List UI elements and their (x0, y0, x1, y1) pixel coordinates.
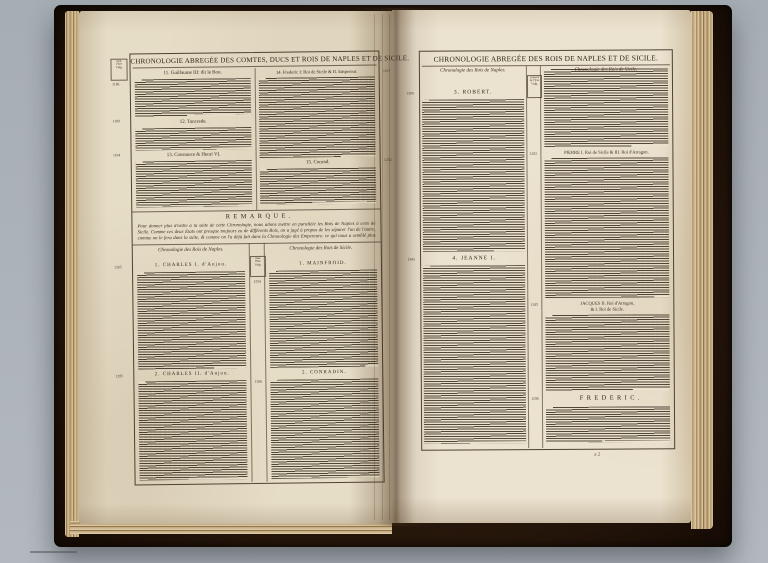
section-heading: 14. Frederic I: Roi de Sicile & II. Empe… (259, 69, 375, 75)
section-heading: 2. CHARLES II. d'Anjou. (138, 371, 246, 377)
margin-year: 1285 (112, 375, 127, 379)
gutter-crease (389, 14, 390, 520)
book-photo: CHRONOLOGIE ABREGÉE DES COMTES, DUCS ET … (0, 0, 768, 563)
section-heading: FREDERIC. (546, 394, 673, 402)
watermark-line (30, 551, 77, 553)
era-box-label: Ann. l'Ere Vulg. (111, 60, 126, 70)
section-heading: 13. Constance & Henri VI. (136, 152, 252, 158)
text-paragraph (422, 99, 525, 252)
era-box-label: Ann. l'Ere Vulg. (250, 257, 264, 267)
section-heading: JACQUES II. Roi d'Arragon, (545, 300, 669, 306)
margin-year: 1166 (108, 83, 123, 87)
margin-year: 1309 (403, 92, 418, 96)
strip-year: 1254 (249, 280, 264, 284)
text-paragraph (546, 406, 670, 443)
text-paragraph (259, 77, 376, 158)
section-heading: 12. Tancrede. (135, 119, 251, 125)
strip-year: 1296 (527, 397, 542, 401)
strip-year: 1282 (526, 152, 541, 156)
page-edges-left (65, 11, 79, 537)
text-paragraph (423, 265, 526, 444)
text-paragraph (137, 271, 246, 369)
section-heading: & I. Roi de Sicile. (545, 306, 669, 312)
era-box-line: Vulg. (112, 66, 127, 69)
era-box-line: Vulg. (527, 82, 540, 85)
text-paragraph (544, 157, 669, 298)
column-divider (255, 68, 258, 210)
gutter-crease (374, 14, 375, 520)
era-box-line: Vulg. (250, 263, 264, 266)
margin-year: 1189 (109, 120, 124, 124)
margin-year: 1343 (404, 258, 419, 262)
column-head-naples: Chronologie des Rois de Naples. (420, 68, 526, 74)
gutter-crease (382, 14, 383, 520)
text-paragraph (135, 78, 251, 117)
page-edges-right (691, 11, 713, 529)
text-paragraph (270, 379, 379, 479)
left-text-block: CHRONOLOGIE ABREGÉE DES COMTES, DUCS ET … (129, 50, 384, 485)
margin-year: 1265 (111, 266, 126, 270)
section-heading: 15. Conrad. (260, 160, 376, 166)
section-heading: 1. CHARLES I. d'Anjou. (137, 262, 245, 268)
strip-rule (526, 66, 529, 448)
era-box-label: Années de l'Ere Vulg. (527, 76, 540, 86)
right-page-title: CHRONOLOGIE ABREGÉE DES ROIS DE NAPLES E… (420, 53, 672, 64)
remark-paragraph: Pour donner plus d'ordre à la suite de c… (137, 222, 375, 243)
rule (133, 241, 381, 245)
era-box: Ann. l'Ere Vulg. (249, 256, 265, 277)
strip-rule (249, 243, 253, 482)
strip-year: 1285 (527, 303, 542, 307)
era-box: Années de l'Ere Vulg. (526, 75, 541, 98)
text-paragraph (138, 380, 247, 480)
section-heading: 4. JEANNE I. (423, 255, 525, 262)
era-box: Ann. l'Ere Vulg. (110, 59, 127, 81)
left-page-title: CHRONOLOGIE ABREGÉE DES COMTES, DUCS ET … (130, 55, 378, 66)
section-heading: 1. MAINFROID. (269, 261, 377, 267)
section-heading: 3. ROBERT. (422, 89, 524, 96)
margin-year: 1194 (109, 154, 124, 158)
remark-heading: REMARQUE. (132, 211, 383, 221)
section-heading: 2. CONRADIN. (270, 370, 378, 376)
text-paragraph (135, 127, 251, 150)
strip-year: 1266 (250, 380, 265, 384)
column-head-naples: Chronologie des Rois de Naples. (135, 247, 247, 253)
text-paragraph (269, 270, 378, 368)
strip-rule (540, 66, 543, 448)
text-paragraph (260, 168, 376, 205)
text-paragraph (544, 68, 668, 147)
text-paragraph (545, 314, 669, 391)
right-text-block: CHRONOLOGIE ABREGÉE DES ROIS DE NAPLES E… (419, 49, 675, 451)
section-heading: PIERRE I. Roi de Sicile & III. Roi d'Arr… (544, 149, 668, 155)
text-paragraph (136, 160, 253, 207)
rule (422, 64, 670, 67)
signature-mark: a 2 (585, 453, 609, 458)
section-heading: 11. Guillaume III: dit le Bon. (135, 70, 251, 76)
column-head-sicile: Chronologie des Rois de Sicile. (265, 246, 377, 252)
strip-rule (264, 243, 268, 482)
